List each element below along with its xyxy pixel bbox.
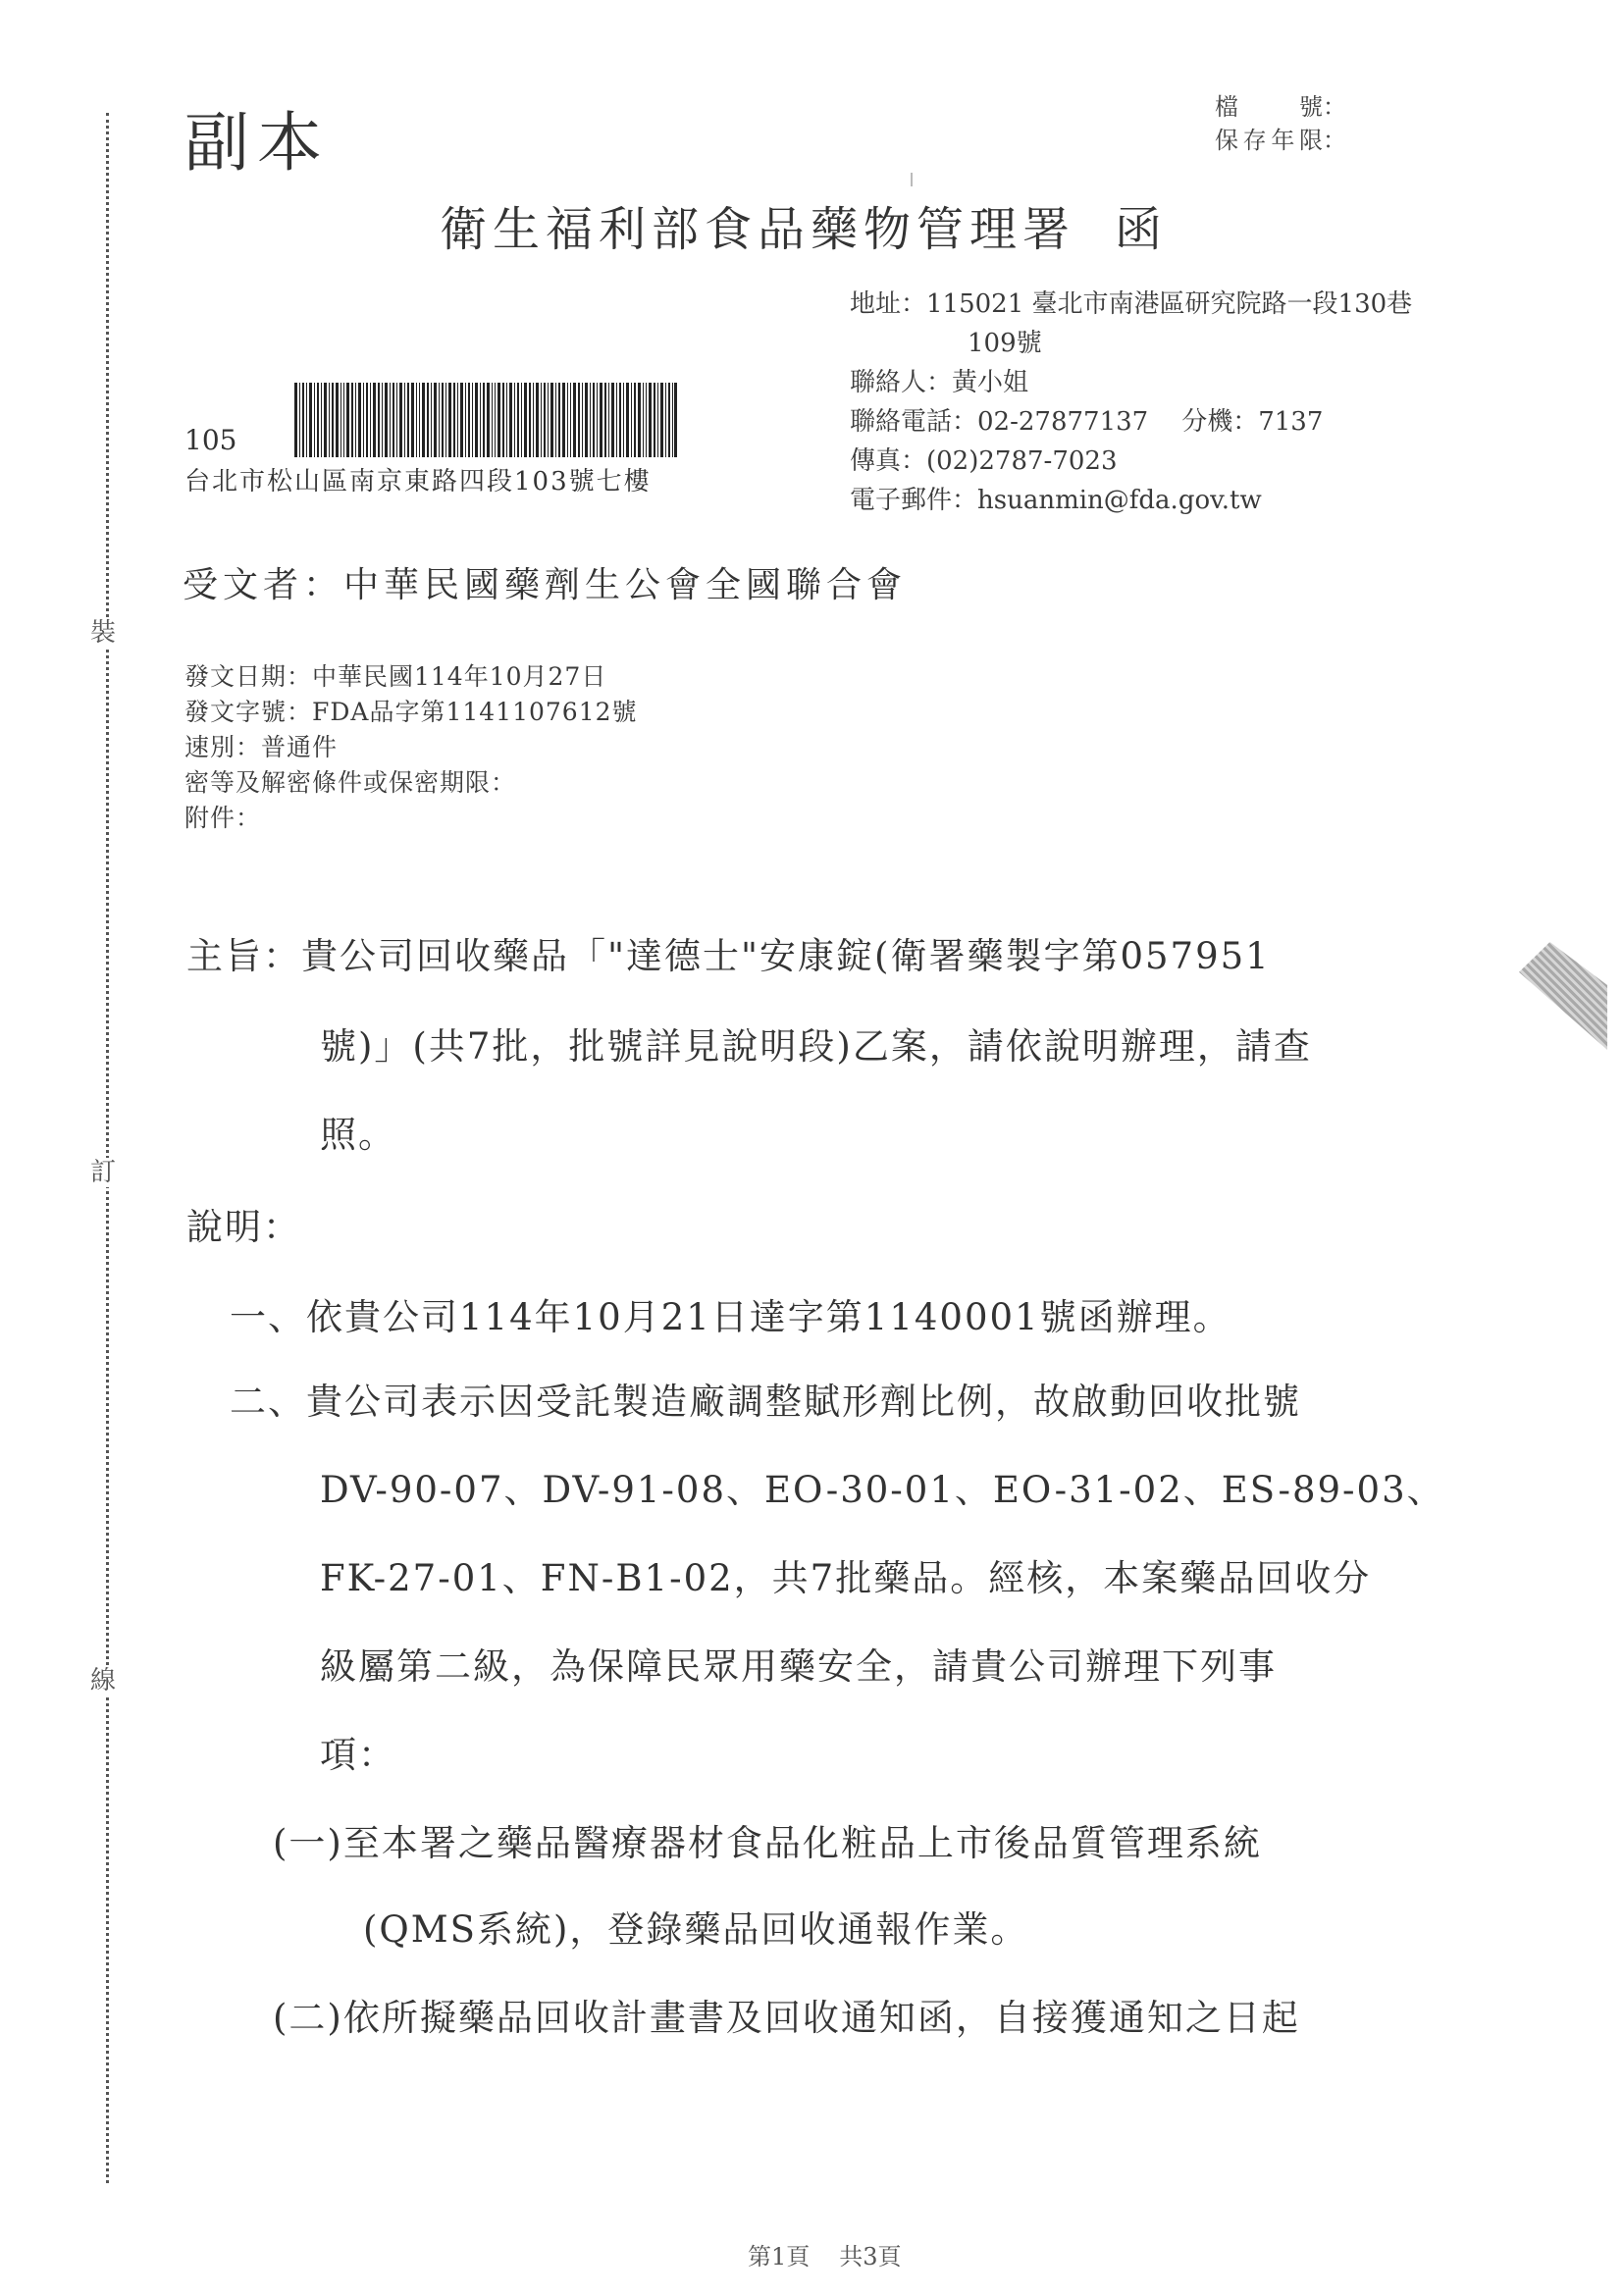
sub-item-2-line: (二)依所擬藥品回收計畫書及回收通知函，自接獲通知之日起	[273, 1988, 1300, 2041]
archive-info: 檔號： 保存年限：	[1215, 90, 1346, 157]
document-number: 發文字號：FDA品字第1141107612號	[184, 695, 638, 730]
doc-type: 函	[1115, 202, 1168, 257]
confidentiality: 密等及解密條件或保密期限：	[184, 765, 638, 801]
issue-date: 發文日期：中華民國114年10月27日	[184, 659, 638, 695]
barcode-icon	[294, 383, 677, 457]
document-meta: 發文日期：中華民國114年10月27日 發文字號：FDA品字第114110761…	[184, 659, 638, 836]
explanation-item-1: 一、依貴公司114年10月21日達字第1140001號函辦理。	[230, 1287, 1231, 1340]
mailing-address: 台北市松山區南京東路四段103號七樓	[184, 461, 652, 497]
archive-label: 檔號	[1215, 90, 1323, 124]
contact-block: 地址：115021 臺北市南港區研究院路一段130巷 109號 聯絡人：黃小姐 …	[850, 285, 1412, 520]
sub-item-1-line: (一)至本署之藥品醫療器材食品化粧品上市後品質管理系統	[273, 1813, 1262, 1866]
contact-person: 聯絡人：黃小姐	[850, 363, 1412, 402]
address-row: 地址：115021 臺北市南港區研究院路一段130巷	[850, 285, 1412, 324]
priority: 速別：普通件	[184, 730, 638, 765]
explanation-item-2-line: FK-27-01、FN-B1-02，共7批藥品。經核，本案藥品回收分	[320, 1548, 1371, 1601]
page-footer: 第1頁共3頁	[748, 2237, 902, 2271]
explanation-item-2-line: 項：	[320, 1725, 396, 1778]
scan-artifact	[911, 173, 913, 186]
explanation-heading: 說明：	[186, 1197, 301, 1250]
archive-label: 保存年限	[1215, 124, 1323, 157]
page-total: 共3頁	[839, 2243, 901, 2270]
address-line1: 115021 臺北市南港區研究院路一段130巷	[926, 289, 1412, 319]
org-name: 衛生福利部食品藥物管理署	[440, 202, 1075, 257]
extension: 分機：7137	[1181, 407, 1323, 437]
binding-char-zhuang: 裝	[90, 618, 116, 648]
recipient: 受文者：中華民國藥劑生公會全國聯合會	[183, 557, 907, 607]
phone: 聯絡電話：02-27877137	[850, 407, 1148, 437]
binding-dotted-line	[106, 113, 109, 2183]
explanation-item-2-line: DV-90-07、DV-91-08、EO-30-01、EO-31-02、ES-8…	[320, 1460, 1445, 1513]
fax: 傳真：(02)2787-7023	[850, 442, 1412, 481]
seal-stamp-icon	[1519, 942, 1607, 1050]
address-line2: 109號	[850, 324, 1412, 363]
archive-file-number: 檔號：	[1215, 90, 1346, 124]
subject-line: 照。	[320, 1105, 396, 1158]
organization-title: 衛生福利部食品藥物管理署函	[440, 191, 1168, 259]
binding-char-xian: 線	[90, 1666, 116, 1696]
address-label: 地址：	[850, 289, 926, 319]
page-number: 第1頁	[748, 2243, 810, 2270]
postcode: 105	[184, 424, 236, 456]
subject-line: 主旨：貴公司回收藥品「"達德士"安康錠(衛署藥製字第057951	[186, 926, 1271, 979]
explanation-item-2-line: 級屬第二級，為保障民眾用藥安全，請貴公司辦理下列事	[320, 1637, 1277, 1690]
archive-retention: 保存年限：	[1215, 124, 1346, 157]
phone-row: 聯絡電話：02-27877137分機：7137	[850, 402, 1412, 442]
sub-item-1-line: (QMS系統)，登錄藥品回收通報作業。	[363, 1900, 1028, 1953]
subject-line: 號)」(共7批，批號詳見說明段)乙案，請依說明辦理，請查	[320, 1017, 1312, 1070]
binding-char-ding: 訂	[90, 1158, 116, 1187]
copy-mark: 副本	[184, 90, 330, 183]
explanation-item-2-line: 二、貴公司表示因受託製造廠調整賦形劑比例，故啟動回收批號	[230, 1372, 1301, 1425]
attachments: 附件：	[184, 801, 638, 836]
email: 電子郵件：hsuanmin@fda.gov.tw	[850, 481, 1412, 520]
